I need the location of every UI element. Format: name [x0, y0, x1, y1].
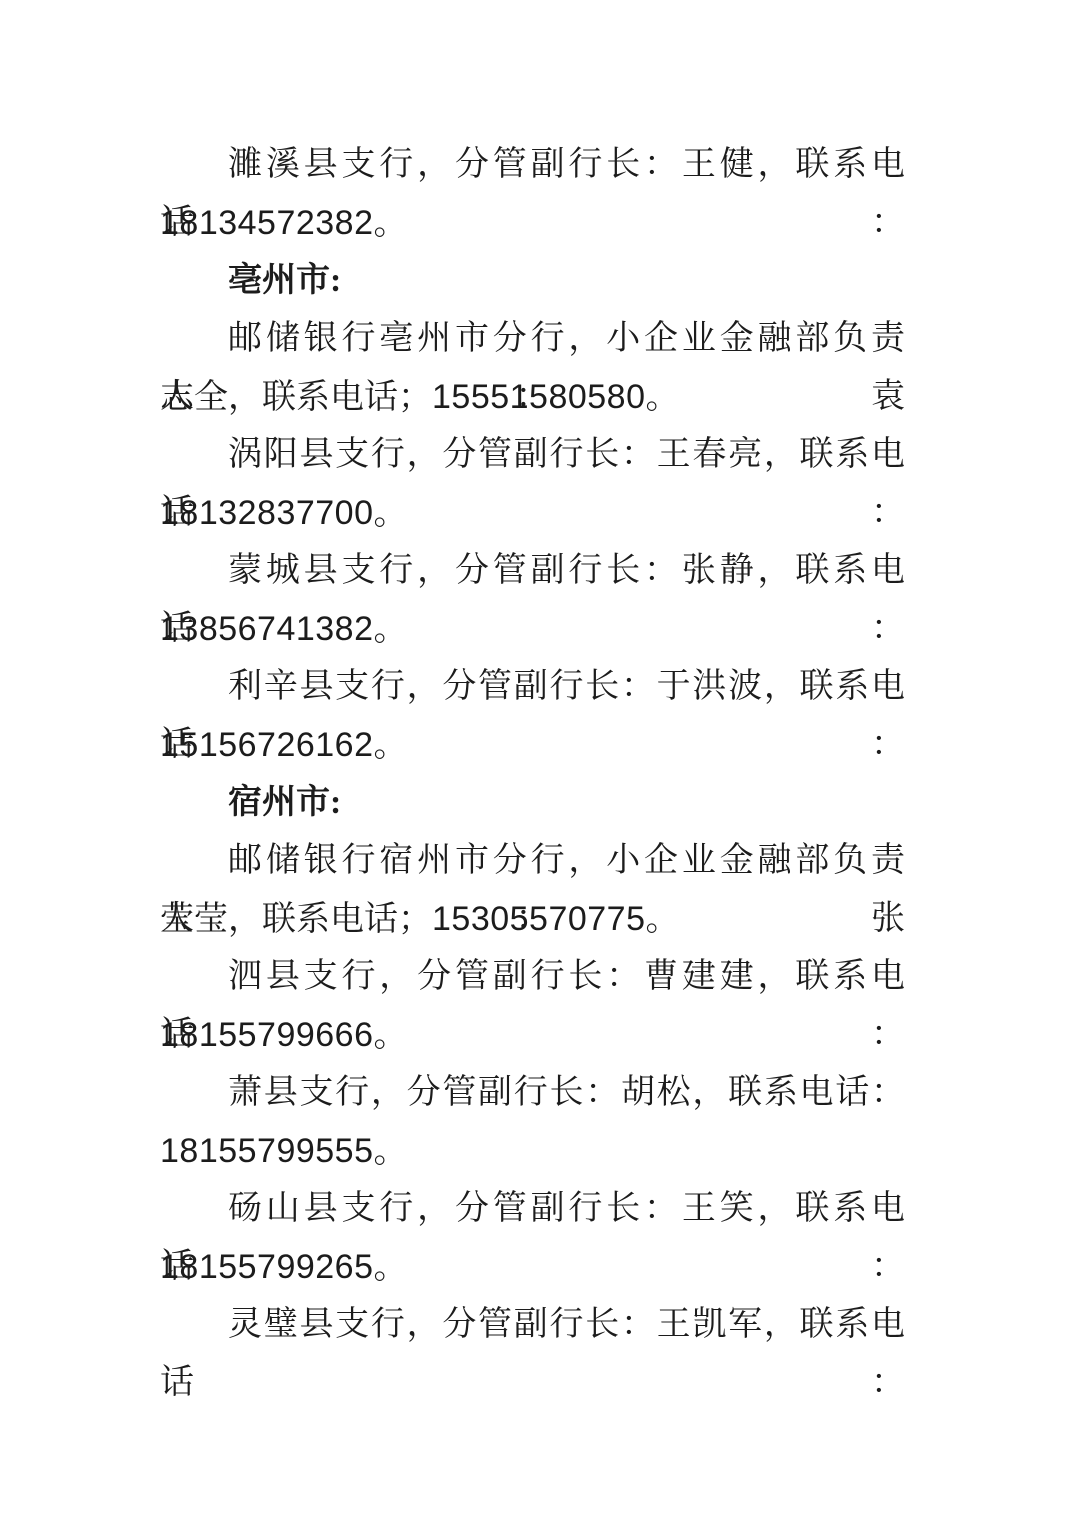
phone-number: 15551580580	[432, 378, 646, 416]
phone-number: 15156726162	[160, 726, 374, 764]
branch-entry-line: 砀山县支行，分管副行长：王笑，联系电话：	[160, 1180, 905, 1238]
document-page: 濉溪县支行，分管副行长：王健，联系电话： 18134572382。 亳州市: 邮…	[0, 0, 1080, 1527]
city-heading-suzhou: 宿州市:	[160, 774, 905, 832]
branch-entry-line: 灵璧县支行，分管副行长：王凯军，联系电话：	[160, 1296, 905, 1354]
branch-entry-line: 萧县支行，分管副行长：胡松，联系电话：	[160, 1064, 905, 1122]
phone-number-line: 18155799555。	[160, 1122, 905, 1180]
phone-number: 15305570775	[432, 900, 646, 938]
phone-number: 18155799555	[160, 1132, 374, 1170]
phone-number: 18132837700	[160, 494, 374, 532]
branch-entry-line: 蒙城县支行，分管副行长：张静，联系电话：	[160, 542, 905, 600]
branch-entry-line: 泗县支行，分管副行长：曹建建，联系电话：	[160, 948, 905, 1006]
branch-entry-line: 邮储银行亳州市分行，小企业金融部负责人：袁	[160, 310, 905, 368]
phone-number: 18155799666	[160, 1016, 374, 1054]
branch-entry-line: 邮储银行宿州市分行，小企业金融部负责人：张	[160, 832, 905, 890]
phone-number: 18134572382	[160, 204, 374, 242]
branch-entry-line: 濉溪县支行，分管副行长：王健，联系电话：	[160, 136, 905, 194]
city-heading-bozhou: 亳州市:	[160, 252, 905, 310]
phone-number: 13856741382	[160, 610, 374, 648]
branch-entry-line: 涡阳县支行，分管副行长：王春亮，联系电话：	[160, 426, 905, 484]
branch-entry-line: 利辛县支行，分管副行长：于洪波，联系电话：	[160, 658, 905, 716]
phone-number: 18155799265	[160, 1248, 374, 1286]
